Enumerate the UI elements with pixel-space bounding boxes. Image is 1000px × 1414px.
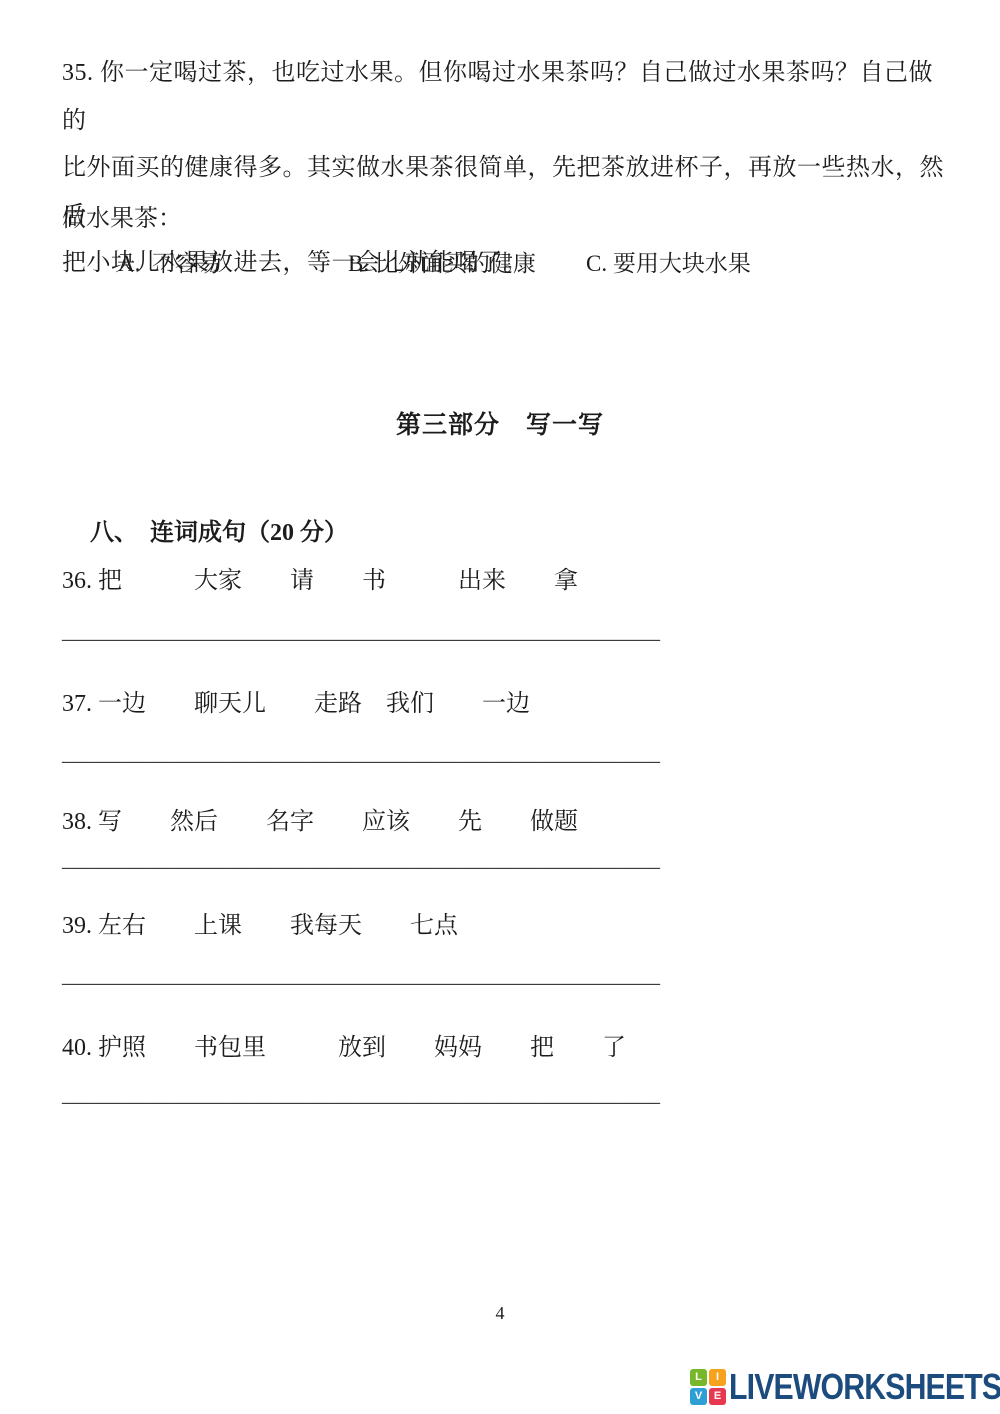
logo-square-i: I <box>709 1369 726 1386</box>
logo-square-l: L <box>690 1369 707 1386</box>
option-a[interactable]: A. 不容易 <box>118 245 221 278</box>
part-three-header: 第三部分 写一写 <box>0 405 1000 441</box>
answer-line-39[interactable]: ________________________________________… <box>62 963 660 986</box>
logo-square-e: E <box>709 1388 726 1405</box>
option-b[interactable]: B. 比外面买的健康 <box>348 245 536 278</box>
worksheet-page: 35. 你一定喝过茶，也吃过水果。但你喝过水果茶吗？自己做过水果茶吗？自己做的 … <box>0 0 1000 1414</box>
answer-line-36[interactable]: ________________________________________… <box>62 619 660 642</box>
question-37-words: 37. 一边 聊天儿 走路 我们 一边 <box>62 683 530 718</box>
liveworksheets-logo[interactable]: L I V E LIVEWORKSHEETS <box>690 1368 1000 1406</box>
option-c[interactable]: C. 要用大块水果 <box>586 245 751 278</box>
question-36-words: 36. 把 大家 请 书 出来 拿 <box>62 560 578 595</box>
question-38-words: 38. 写 然后 名字 应该 先 做题 <box>62 801 578 836</box>
answer-line-38[interactable]: ________________________________________… <box>62 847 660 870</box>
logo-square-v: V <box>690 1388 707 1405</box>
liveworksheets-wordmark: LIVEWORKSHEETS <box>729 1368 1000 1406</box>
section-eight-title: 八、 连词成句（20 分） <box>90 512 348 547</box>
question-40-words: 40. 护照 书包里 放到 妈妈 把 了 <box>62 1027 626 1062</box>
page-number: 4 <box>0 1303 1000 1324</box>
liveworksheets-grid-icon: L I V E <box>690 1369 726 1405</box>
answer-line-40[interactable]: ________________________________________… <box>62 1082 660 1105</box>
question-39-words: 39. 左右 上课 我每天 七点 <box>62 905 458 940</box>
question-35-prompt: 做水果茶： <box>62 198 182 233</box>
question-35-line-2: 比外面买的健康得多。其实做水果茶很简单，先把茶放进杯子，再放一些热水，然后 <box>62 145 946 240</box>
answer-line-37[interactable]: ________________________________________… <box>62 741 660 764</box>
question-35-line-1: 35. 你一定喝过茶，也吃过水果。但你喝过水果茶吗？自己做过水果茶吗？自己做的 <box>62 50 946 145</box>
